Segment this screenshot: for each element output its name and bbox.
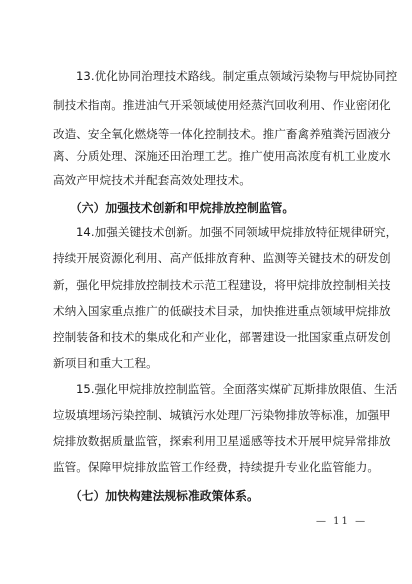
- paragraph-14-line-5: 控制装备和技术的集成化和产业化，部署建设一批国家重点研发创: [53, 330, 359, 344]
- paragraph-15-line-3: 烷排放数据质量监管，探索利用卫星遥感等技术开展甲烷异常排放: [53, 434, 359, 448]
- section-heading-6: （六）加强技术创新和甲烷排放控制监管。: [70, 199, 294, 216]
- paragraph-14-line-1: 14.加强关键技术创新。加强不同领域甲烷排放特征规律研究，: [76, 225, 359, 239]
- paragraph-13-line-1: 13.优化协同治理技术路线。制定重点领域污染物与甲烷协同控: [76, 69, 359, 83]
- section-heading-7: （七）加快构建法规标准政策体系。: [70, 487, 259, 504]
- page-number: — 11 —: [316, 516, 367, 527]
- paragraph-13-line-2: 制技术指南。推进油气开采领域使用烃蒸汽回收利用、作业密闭化: [53, 98, 359, 112]
- paragraph-15-line-1: 15.强化甲烷排放控制监管。全面落实煤矿瓦斯排放限值、生活: [76, 382, 359, 396]
- paragraph-14-line-2: 持续开展资源化利用、高产低排放育种、监测等关键技术的研发创: [53, 251, 359, 265]
- paragraph-13-line-4: 离、分质处理、深施还田治理工艺。推广使用高浓度有机工业废水: [53, 149, 359, 163]
- paragraph-14-line-4: 术纳入国家重点推广的低碳技术目录，加快推进重点领域甲烷排放: [53, 304, 359, 318]
- paragraph-15-line-4: 监管。保障甲烷排放监管工作经费，持续提升专业化监管能力。: [53, 460, 359, 474]
- paragraph-14-line-3: 新，强化甲烷排放控制技术示范工程建设，将甲烷排放控制相关技: [53, 278, 359, 292]
- paragraph-13-line-3: 改造、安全氧化燃烧等一体化控制技术。推广畜禽养殖粪污固液分: [53, 127, 359, 141]
- document-page: 13.优化协同治理技术路线。制定重点领域污染物与甲烷协同控 制技术指南。推进油气…: [0, 0, 412, 584]
- paragraph-15-line-2: 垃圾填埋场污染控制、城镇污水处理厂污染物排放等标准，加强甲: [53, 408, 359, 422]
- paragraph-14-line-6: 新项目和重大工程。: [53, 356, 359, 370]
- paragraph-13-line-5: 高效产甲烷技术并配套高效处理技术。: [53, 173, 359, 187]
